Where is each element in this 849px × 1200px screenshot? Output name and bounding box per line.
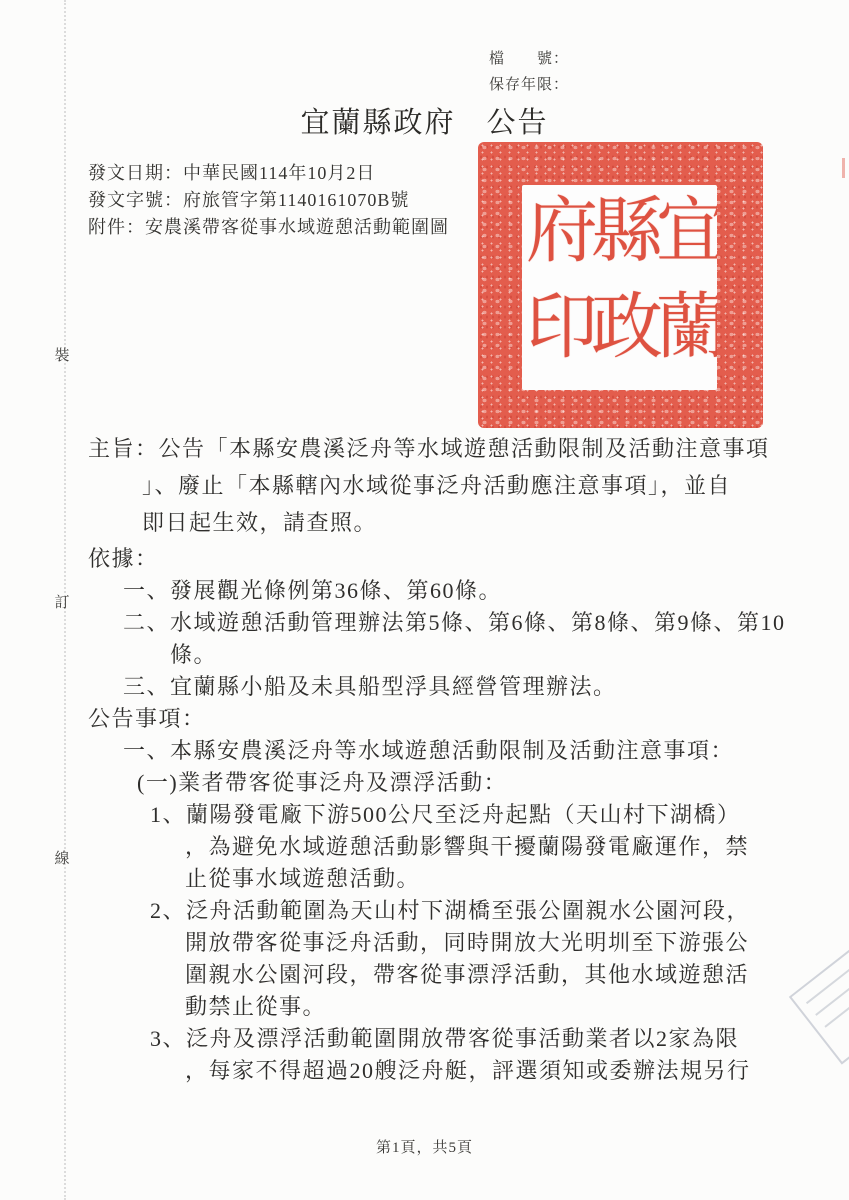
archive-labels: 檔 號： 保存年限： — [489, 46, 569, 98]
attachment-line: 附件：安農溪帶客從事水域遊憩活動範圍圖 — [88, 214, 449, 241]
document-title: 宜蘭縣政府 公告 — [0, 100, 849, 141]
retention-period-label: 保存年限： — [489, 72, 569, 98]
announcement-heading: 公告事項： — [88, 703, 806, 735]
scanned-announcement-page: 裝 訂 線 檔 號： 保存年限： 宜蘭縣政府 公告 發文日期：中華民國114年1… — [0, 0, 849, 1200]
issue-date-line: 發文日期：中華民國114年10月2日 — [88, 160, 449, 187]
binding-mark-zhuang: 裝 — [48, 344, 76, 365]
subject-paragraph: 主旨：公告「本縣安農溪泛舟等水域遊憩活動限制及活動注意事項 」、廢止「本縣轄內水… — [88, 430, 806, 541]
basis-heading: 依據： — [88, 543, 806, 575]
doc-number-line: 發文字號：府旅管字第1140161070B號 — [88, 187, 449, 214]
document-meta: 發文日期：中華民國114年10月2日 發文字號：府旅管字第1140161070B… — [88, 160, 449, 241]
numbered-item-1: 1、蘭陽發電廠下游500公尺至泛舟起點（天山村下湖橋） ，為避免水域遊憩活動影響… — [150, 799, 806, 895]
received-stamp-line — [815, 955, 849, 1016]
government-seal-text: 宜蘭縣政府印 — [522, 185, 717, 390]
announcement-subitem-1-1: (一)業者帶客從事泛舟及漂浮活動： — [137, 767, 806, 799]
numbered-item-3: 3、泛舟及漂浮活動範圍開放帶客從事活動業者以2家為限 ，每家不得超過20艘泛舟艇… — [150, 1023, 806, 1087]
document-body: 主旨：公告「本縣安農溪泛舟等水域遊憩活動限制及活動注意事項 」、廢止「本縣轄內水… — [88, 430, 806, 1087]
government-seal: 宜蘭縣政府印 — [478, 142, 763, 428]
announcement-item-1: 一、本縣安農溪泛舟等水域遊憩活動限制及活動注意事項： — [123, 735, 806, 767]
red-ink-smudge — [842, 158, 845, 178]
binding-mark-ding: 訂 — [48, 591, 76, 612]
file-number-label: 檔 號： — [489, 46, 569, 72]
basis-item-2: 二、水域遊憩活動管理辦法第5條、第6條、第8條、第9條、第10 條。 — [123, 607, 806, 671]
basis-item-1: 一、發展觀光條例第36條、第60條。 — [123, 575, 806, 607]
binding-mark-xian: 線 — [48, 847, 76, 868]
page-number-footer: 第1頁，共5頁 — [0, 1136, 849, 1157]
basis-item-3: 三、宜蘭縣小船及未具船型浮具經營管理辦法。 — [123, 671, 806, 703]
government-seal-inner: 宜蘭縣政府印 — [522, 185, 717, 390]
numbered-item-2: 2、泛舟活動範圍為天山村下湖橋至張公圍親水公園河段， 開放帶客從事泛舟活動，同時… — [150, 895, 806, 1023]
